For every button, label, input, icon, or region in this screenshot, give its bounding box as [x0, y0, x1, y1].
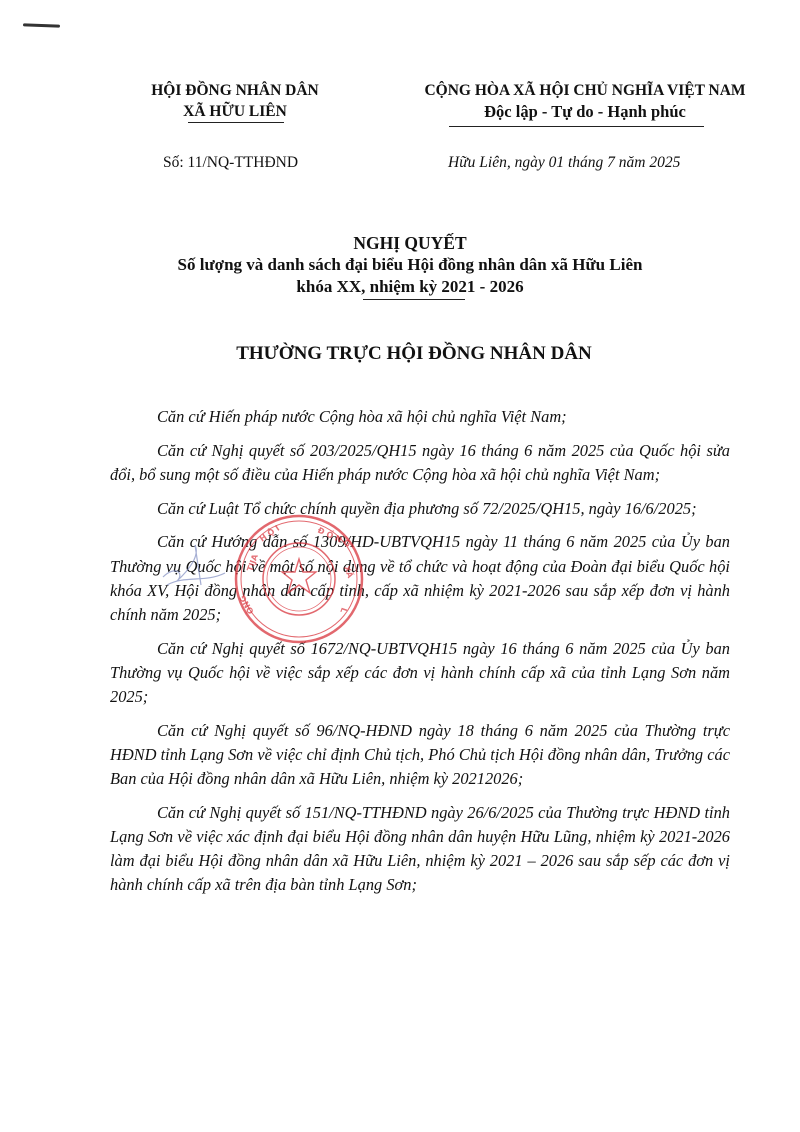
issuer-line2: XÃ HỮU LIÊN — [140, 101, 330, 122]
preamble-clause: Căn cứ Nghị quyết số 1672/NQ-UBTVQH15 ng… — [110, 637, 730, 710]
document-type: NGHỊ QUYẾT — [100, 232, 720, 254]
title-underline — [363, 299, 465, 300]
motto-underline — [449, 126, 704, 127]
national-motto: Độc lập - Tự do - Hạnh phúc — [395, 101, 775, 122]
preamble: Căn cứ Hiến pháp nước Cộng hòa xã hội ch… — [110, 405, 730, 907]
document-number: Số: 11/NQ-TTHĐND — [163, 154, 298, 172]
nation-name: CỘNG HÒA XÃ HỘI CHỦ NGHĨA VIỆT NAM — [395, 80, 775, 101]
preamble-clause: Căn cứ Nghị quyết số 96/NQ-HĐND ngày 18 … — [110, 719, 730, 792]
place-and-date: Hữu Liên, ngày 01 tháng 7 năm 2025 — [448, 154, 680, 172]
document-title-block: NGHỊ QUYẾT Số lượng và danh sách đại biể… — [100, 232, 720, 298]
document-subject-line2: khóa XX, nhiệm kỳ 2021 - 2026 — [100, 276, 720, 298]
preamble-clause: Căn cứ Nghị quyết số 203/2025/QH15 ngày … — [110, 439, 730, 487]
document-subject-line1: Số lượng và danh sách đại biểu Hội đồng … — [100, 254, 720, 276]
scan-mark — [23, 23, 60, 27]
preamble-clause: Căn cứ Nghị quyết số 151/NQ-TTHĐND ngày … — [110, 801, 730, 898]
issuer-block: HỘI ĐỒNG NHÂN DÂN XÃ HỮU LIÊN — [140, 80, 330, 122]
nation-block: CỘNG HÒA XÃ HỘI CHỦ NGHĨA VIỆT NAM Độc l… — [395, 80, 775, 122]
issuer-line1: HỘI ĐỒNG NHÂN DÂN — [140, 80, 330, 101]
issuing-authority: THƯỜNG TRỰC HỘI ĐỒNG NHÂN DÂN — [100, 343, 728, 365]
preamble-clause: Căn cứ Hiến pháp nước Cộng hòa xã hội ch… — [110, 405, 730, 429]
document-page: HỘI ĐỒNG NHÂN DÂN XÃ HỮU LIÊN CỘNG HÒA X… — [0, 0, 800, 1132]
preamble-clause: Căn cứ Luật Tổ chức chính quyền địa phươ… — [110, 497, 730, 521]
preamble-clause: Căn cứ Hướng dẫn số 1309/HD-UBTVQH15 ngà… — [110, 530, 730, 627]
issuer-underline — [188, 122, 284, 123]
